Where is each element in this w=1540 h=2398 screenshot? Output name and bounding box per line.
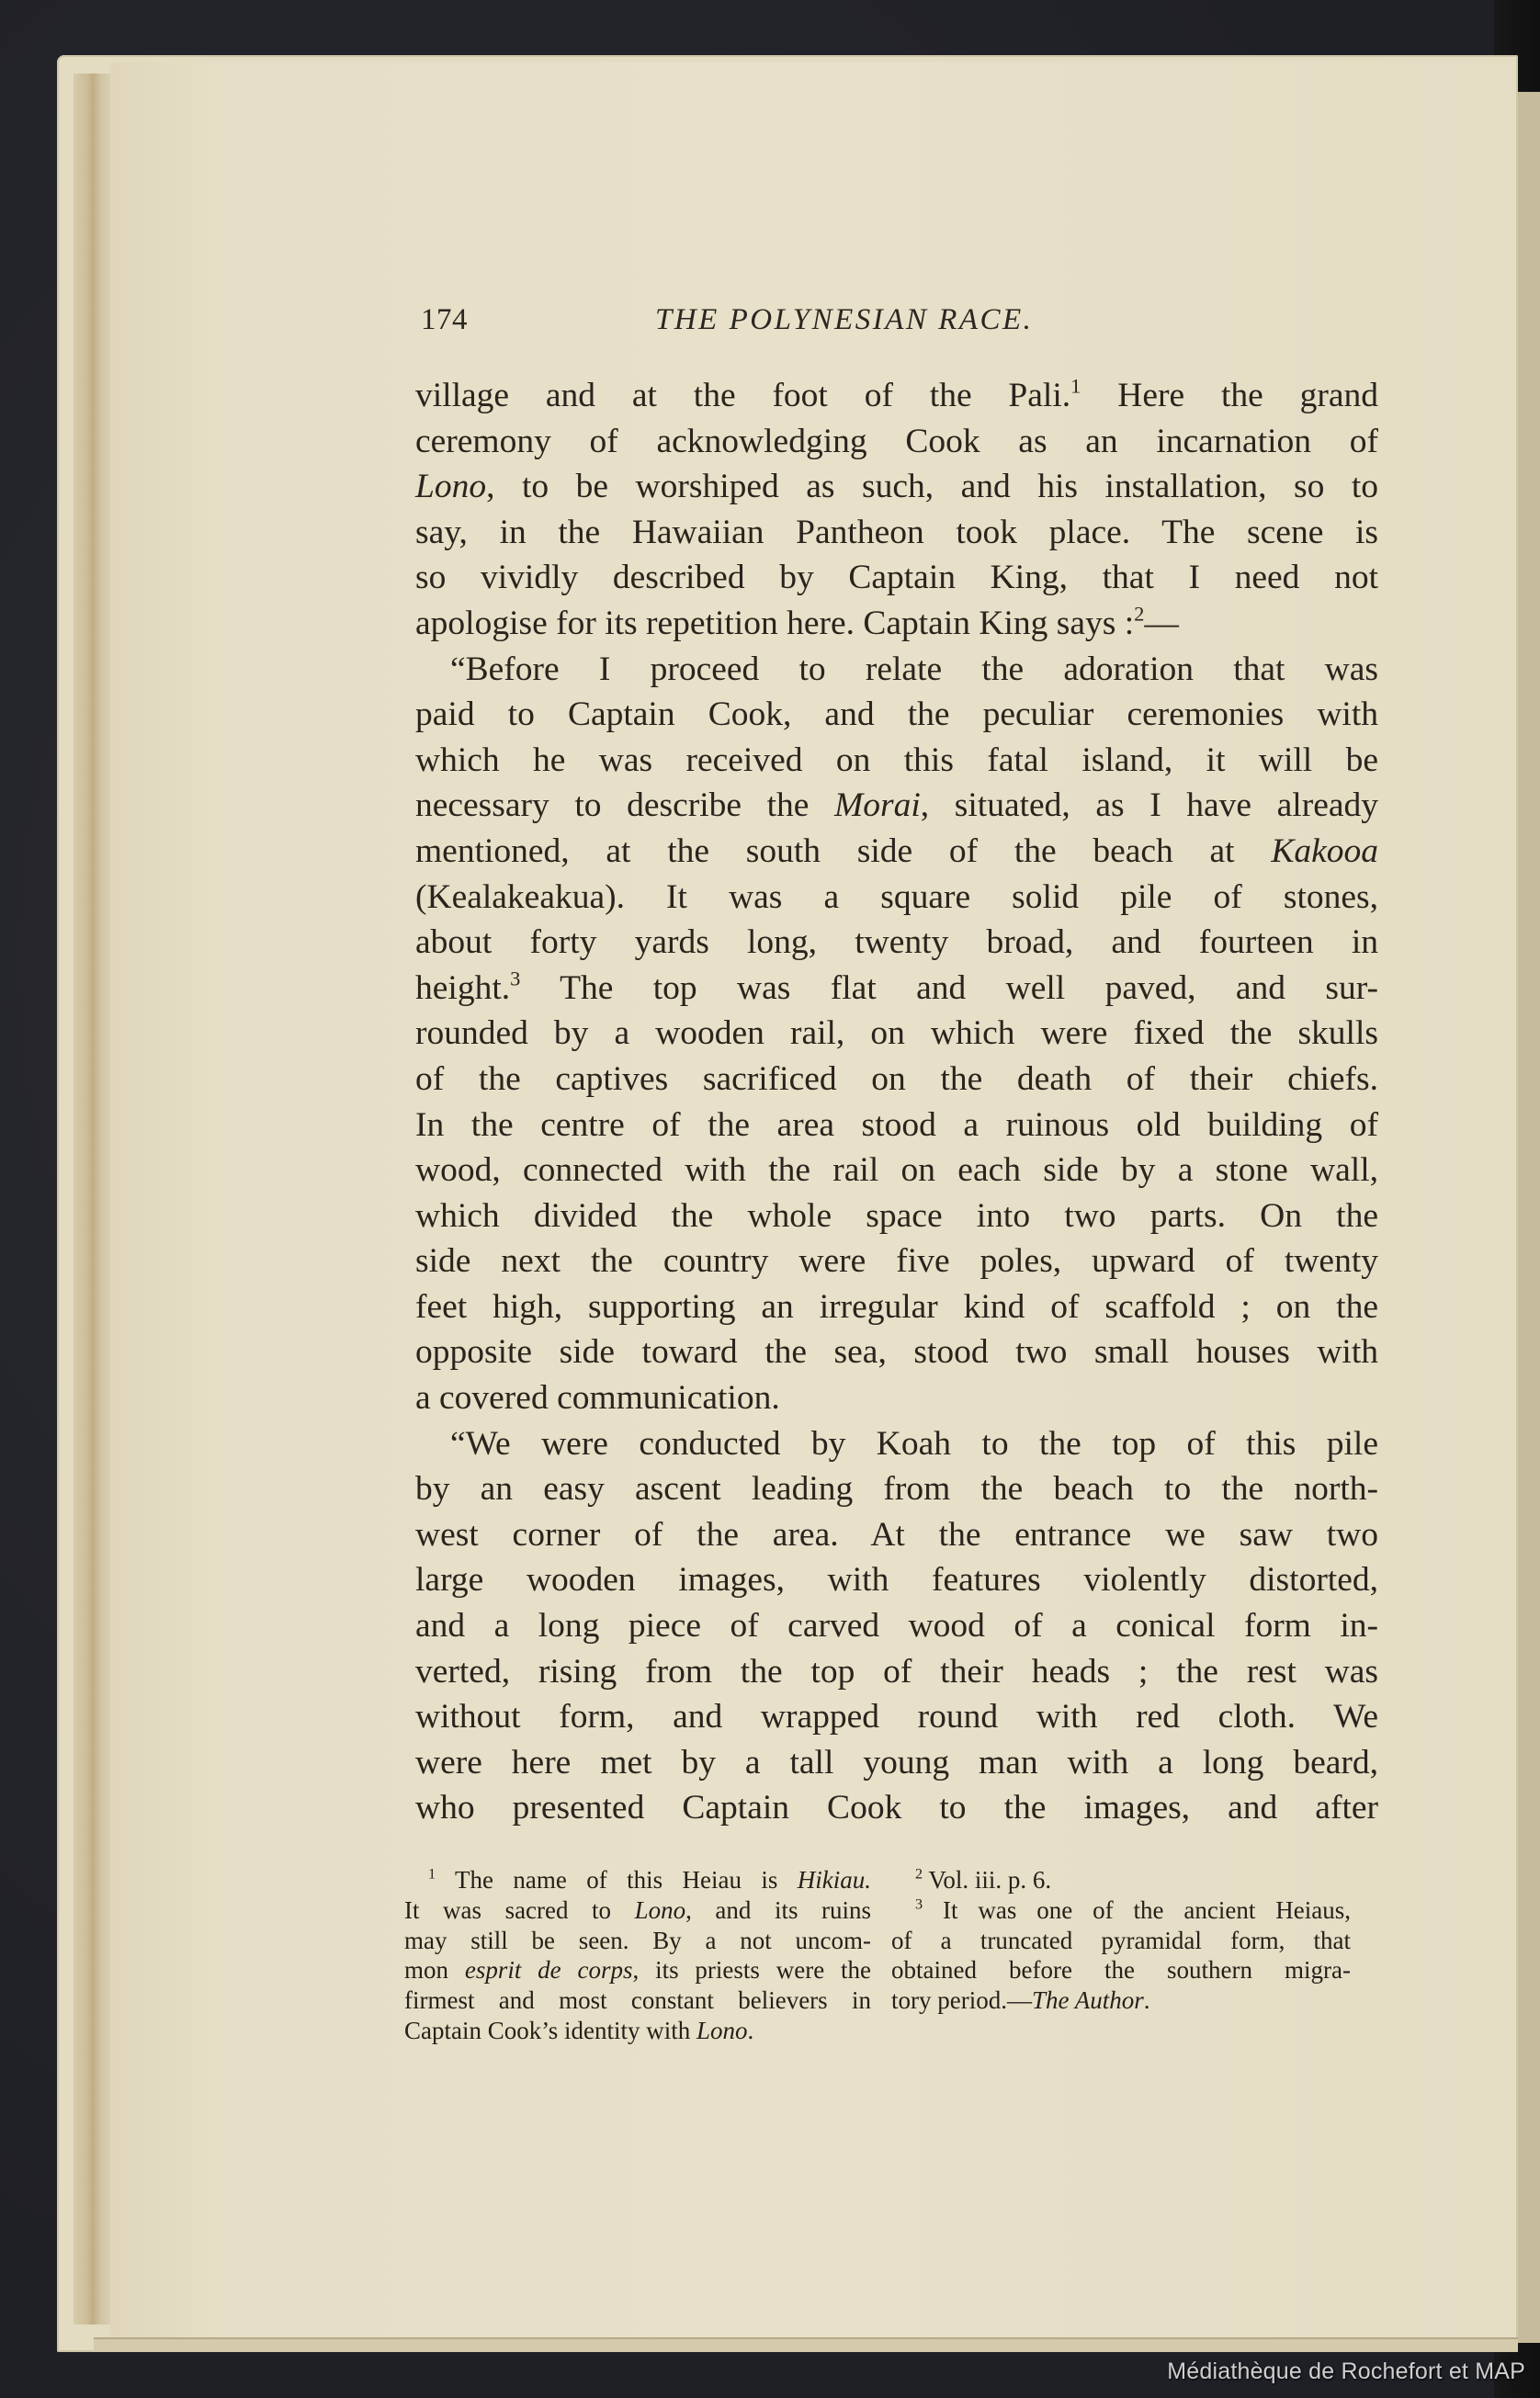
text-run: necessary to describe the bbox=[415, 786, 834, 824]
text-run: west corner of the area. At the entrance… bbox=[415, 1516, 1378, 1554]
footnote-line: tory period.—The Author. bbox=[891, 1985, 1351, 2016]
text-line: (Kealakeakua). It was a square solid pil… bbox=[415, 875, 1378, 921]
text-line: were here met by a tall young man with a… bbox=[415, 1740, 1378, 1786]
text-run: — bbox=[1144, 605, 1179, 642]
text-run: tory period.— bbox=[891, 1986, 1032, 2014]
italic-text: esprit de corps bbox=[465, 1956, 633, 1984]
text-run: , to be worshiped as such, and his insta… bbox=[486, 468, 1378, 505]
text-run: village and at the foot of the Pali. bbox=[415, 377, 1070, 414]
text-line: say, in the Hawaiian Pantheon took place… bbox=[415, 510, 1378, 556]
text-run: . bbox=[748, 2017, 754, 2044]
body-text: village and at the foot of the Pali.1 He… bbox=[415, 373, 1378, 1831]
text-run: mentioned, at the south side of the beac… bbox=[415, 832, 1271, 870]
text-line: large wooden images, with features viole… bbox=[415, 1557, 1378, 1603]
text-line: “Before I proceed to relate the adoratio… bbox=[415, 647, 1378, 693]
text-run: The name of this Heiau is bbox=[436, 1866, 798, 1894]
footnote-line: of a truncated pyramidal form, that bbox=[891, 1926, 1351, 1956]
text-run: were here met by a tall young man with a… bbox=[415, 1744, 1378, 1782]
text-run: and a long piece of carved wood of a con… bbox=[415, 1607, 1378, 1645]
text-line: height.3 The top was flat and well paved… bbox=[415, 966, 1378, 1012]
text-run: “Before I proceed to relate the adoratio… bbox=[450, 650, 1378, 688]
footnote-column-left: 1 The name of this Heiau is Hikiau.It wa… bbox=[404, 1865, 871, 2046]
text-run: . bbox=[1144, 1986, 1150, 2014]
text-run: rounded by a wooden rail, on which were … bbox=[415, 1014, 1378, 1052]
running-title: THE POLYNESIAN RACE. bbox=[655, 303, 1033, 337]
text-run: feet high, supporting an irregular kind … bbox=[415, 1288, 1378, 1326]
italic-text: Lono bbox=[635, 1896, 686, 1924]
text-run: Captain Cook’s identity with bbox=[404, 2017, 696, 2044]
text-run: a covered communication. bbox=[415, 1379, 780, 1417]
footnote-column-right: 2 Vol. iii. p. 6.3 It was one of the anc… bbox=[891, 1865, 1351, 2016]
text-run: , situated, as I have already bbox=[921, 786, 1378, 824]
text-line: about forty yards long, twenty broad, an… bbox=[415, 920, 1378, 966]
text-run: It was sacred to bbox=[404, 1896, 635, 1924]
text-run: large wooden images, with features viole… bbox=[415, 1561, 1378, 1599]
text-line: wood, connected with the rail on each si… bbox=[415, 1148, 1378, 1193]
text-run: , its priests were the bbox=[632, 1956, 871, 1984]
text-run: verted, rising from the top of their hea… bbox=[415, 1653, 1378, 1691]
text-run: which he was received on this fatal isla… bbox=[415, 741, 1378, 779]
text-line: and a long piece of carved wood of a con… bbox=[415, 1603, 1378, 1649]
text-run: ceremony of acknowledging Cook as an inc… bbox=[415, 423, 1378, 460]
text-run: without form, and wrapped round with red… bbox=[415, 1698, 1378, 1736]
footnote-line: 2 Vol. iii. p. 6. bbox=[891, 1865, 1351, 1895]
footnote-marker: 3 bbox=[915, 1895, 923, 1912]
text-run: so vividly described by Captain King, th… bbox=[415, 559, 1378, 596]
footnote-line: 1 The name of this Heiau is Hikiau. bbox=[404, 1865, 871, 1895]
text-line: Lono, to be worshiped as such, and his i… bbox=[415, 464, 1378, 510]
text-line: which he was received on this fatal isla… bbox=[415, 738, 1378, 784]
text-line: opposite side toward the sea, stood two … bbox=[415, 1329, 1378, 1375]
footnote-line: 3 It was one of the ancient Heiaus, bbox=[891, 1895, 1351, 1926]
text-run: may still be seen. By a not uncom- bbox=[404, 1927, 871, 1954]
text-line: who presented Captain Cook to the images… bbox=[415, 1785, 1378, 1831]
text-run: say, in the Hawaiian Pantheon took place… bbox=[415, 514, 1378, 551]
text-line: west corner of the area. At the entrance… bbox=[415, 1512, 1378, 1558]
footnote-marker: 2 bbox=[915, 1865, 923, 1882]
text-run: which divided the whole space into two p… bbox=[415, 1197, 1378, 1235]
text-run: (Kealakeakua). It was a square solid pil… bbox=[415, 878, 1378, 916]
library-watermark: Médiathèque de Rochefort et MAP bbox=[1167, 2358, 1525, 2385]
text-line: without form, and wrapped round with red… bbox=[415, 1694, 1378, 1740]
italic-text: Hikiau. bbox=[798, 1866, 871, 1894]
text-run: obtained before the southern migra- bbox=[891, 1956, 1351, 1984]
footnote-line: It was sacred to Lono, and its ruins bbox=[404, 1895, 871, 1926]
text-line: In the centre of the area stood a ruinou… bbox=[415, 1103, 1378, 1148]
text-run: firmest and most constant believers in bbox=[404, 1986, 871, 2014]
text-run: opposite side toward the sea, stood two … bbox=[415, 1333, 1378, 1371]
text-line: rounded by a wooden rail, on which were … bbox=[415, 1011, 1378, 1057]
text-line: a covered communication. bbox=[415, 1375, 1378, 1421]
page-number: 174 bbox=[421, 303, 468, 337]
text-line: ceremony of acknowledging Cook as an inc… bbox=[415, 419, 1378, 465]
text-line: “We were conducted by Koah to the top of… bbox=[415, 1421, 1378, 1467]
footnote-marker: 3 bbox=[510, 967, 520, 990]
footnote-marker: 1 bbox=[1070, 374, 1081, 397]
italic-text: Lono bbox=[696, 2017, 748, 2044]
text-run: side next the country were five poles, u… bbox=[415, 1242, 1378, 1280]
text-line: by an easy ascent leading from the beach… bbox=[415, 1466, 1378, 1512]
text-run: of a truncated pyramidal form, that bbox=[891, 1927, 1351, 1954]
italic-text: Morai bbox=[834, 786, 921, 824]
next-page-edge bbox=[1516, 92, 1540, 2343]
text-run: In the centre of the area stood a ruinou… bbox=[415, 1106, 1378, 1144]
text-line: paid to Captain Cook, and the peculiar c… bbox=[415, 692, 1378, 738]
text-run: by an easy ascent leading from the beach… bbox=[415, 1470, 1378, 1508]
text-line: necessary to describe the Morai, situate… bbox=[415, 783, 1378, 829]
text-run: wood, connected with the rail on each si… bbox=[415, 1151, 1378, 1189]
text-run: It was one of the ancient Heiaus, bbox=[923, 1896, 1351, 1924]
italic-text: The Author bbox=[1032, 1986, 1144, 2014]
text-line: which divided the whole space into two p… bbox=[415, 1193, 1378, 1239]
text-line: verted, rising from the top of their hea… bbox=[415, 1649, 1378, 1695]
running-head: 174 THE POLYNESIAN RACE. bbox=[421, 303, 1376, 345]
footnote-line: may still be seen. By a not uncom- bbox=[404, 1926, 871, 1956]
text-run: , and its ruins bbox=[685, 1896, 871, 1924]
text-run: “We were conducted by Koah to the top of… bbox=[450, 1425, 1378, 1463]
text-run: Vol. iii. p. 6. bbox=[923, 1866, 1051, 1894]
text-run: of the captives sacrificed on the death … bbox=[415, 1060, 1378, 1098]
text-run: about forty yards long, twenty broad, an… bbox=[415, 923, 1378, 961]
text-line: feet high, supporting an irregular kind … bbox=[415, 1284, 1378, 1330]
text-line: mentioned, at the south side of the beac… bbox=[415, 829, 1378, 875]
footnote-line: obtained before the southern migra- bbox=[891, 1955, 1351, 1985]
footnote-line: Captain Cook’s identity with Lono. bbox=[404, 2016, 871, 2046]
gutter-stain bbox=[74, 74, 112, 2324]
text-line: so vividly described by Captain King, th… bbox=[415, 555, 1378, 601]
footnote-line: mon esprit de corps, its priests were th… bbox=[404, 1955, 871, 1985]
text-line: of the captives sacrificed on the death … bbox=[415, 1057, 1378, 1103]
text-run: The top was flat and well paved, and sur… bbox=[520, 969, 1378, 1007]
footnote-marker: 2 bbox=[1134, 602, 1144, 625]
text-line: village and at the foot of the Pali.1 He… bbox=[415, 373, 1378, 419]
text-run: mon bbox=[404, 1956, 465, 1984]
page-bottom-edge bbox=[94, 2337, 1518, 2352]
text-run: apologise for its repetition here. Capta… bbox=[415, 605, 1134, 642]
italic-text: Lono bbox=[415, 468, 486, 505]
text-run: who presented Captain Cook to the images… bbox=[415, 1789, 1378, 1827]
text-run: Here the grand bbox=[1081, 377, 1378, 414]
text-line: side next the country were five poles, u… bbox=[415, 1239, 1378, 1284]
text-run: height. bbox=[415, 969, 510, 1007]
footnote-line: firmest and most constant believers in bbox=[404, 1985, 871, 2016]
text-run: paid to Captain Cook, and the peculiar c… bbox=[415, 696, 1378, 733]
footnote-marker: 1 bbox=[428, 1865, 436, 1882]
italic-text: Kakooa bbox=[1271, 832, 1378, 870]
text-line: apologise for its repetition here. Capta… bbox=[415, 601, 1378, 647]
